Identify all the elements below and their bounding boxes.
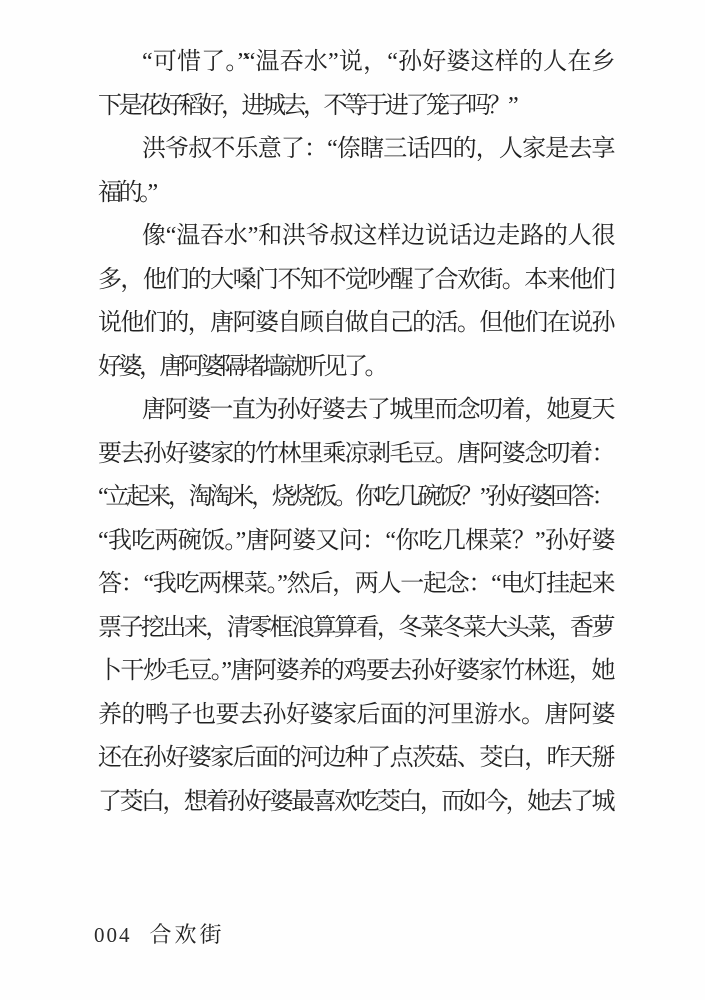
text-line: 卜干炒毛豆。”唐阿婆养的鸡要去孙好婆家竹林逛，她	[98, 650, 612, 694]
text-line: 好婆，唐阿婆隔堵墙就听见了。	[98, 346, 612, 390]
text-line: 说他们的，唐阿婆自顾自做自己的活。但他们在说孙	[98, 302, 612, 346]
paragraph: “可惜了。”“温吞水”说，“孙好婆这样的人在乡 下是花好稻好，进城去，不等于进了…	[98, 41, 612, 128]
page-number: 004	[94, 923, 132, 948]
text-line: 福的。”	[98, 172, 612, 216]
page-body-text: “可惜了。”“温吞水”说，“孙好婆这样的人在乡 下是花好稻好，进城去，不等于进了…	[98, 41, 612, 824]
text-line: 唐阿婆一直为孙好婆去了城里而念叨着，她夏天	[98, 389, 612, 433]
paragraph: 像“温吞水”和洪爷叔这样边说话边走路的人很 多，他们的大嗓门不知不觉吵醒了合欢街…	[98, 215, 612, 389]
text-line: 多，他们的大嗓门不知不觉吵醒了合欢街。本来他们	[98, 259, 612, 303]
text-line: 还在孙好婆家后面的河边种了点茨菇、茭白，昨天掰	[98, 737, 612, 781]
text-line: “可惜了。”“温吞水”说，“孙好婆这样的人在乡	[98, 41, 612, 85]
book-title: 合欢街	[150, 918, 225, 949]
page-footer: 004 合欢街	[94, 918, 225, 949]
paragraph: 洪爷叔不乐意了：“倷瞎三话四的，人家是去享 福的。”	[98, 128, 612, 215]
paragraph: 唐阿婆一直为孙好婆去了城里而念叨着，她夏天 要去孙好婆家的竹林里乘凉剥毛豆。唐阿…	[98, 389, 612, 824]
text-line: “我吃两碗饭。”唐阿婆又问：“你吃几棵菜？”孙好婆	[98, 520, 612, 564]
text-line: 养的鸭子也要去孙好婆家后面的河里游水。唐阿婆	[98, 694, 612, 738]
text-line: 答：“我吃两棵菜。”然后，两人一起念：“电灯挂起来	[98, 563, 612, 607]
text-line: 要去孙好婆家的竹林里乘凉剥毛豆。唐阿婆念叨着：	[98, 433, 612, 477]
text-line: 票子挖出来，清零框浪算算看，冬菜冬菜大头菜，香萝	[98, 607, 612, 651]
text-line: “立起来，淘淘米，烧烧饭。你吃几碗饭？”孙好婆回答：	[98, 476, 612, 520]
text-line: 了茭白，想着孙好婆最喜欢吃茭白，而如今，她去了城	[98, 781, 612, 825]
book-page: “可惜了。”“温吞水”说，“孙好婆这样的人在乡 下是花好稻好，进城去，不等于进了…	[0, 0, 705, 1000]
text-line: 洪爷叔不乐意了：“倷瞎三话四的，人家是去享	[98, 128, 612, 172]
text-line: 像“温吞水”和洪爷叔这样边说话边走路的人很	[98, 215, 612, 259]
text-line: 下是花好稻好，进城去，不等于进了笼子吗？”	[98, 85, 612, 129]
